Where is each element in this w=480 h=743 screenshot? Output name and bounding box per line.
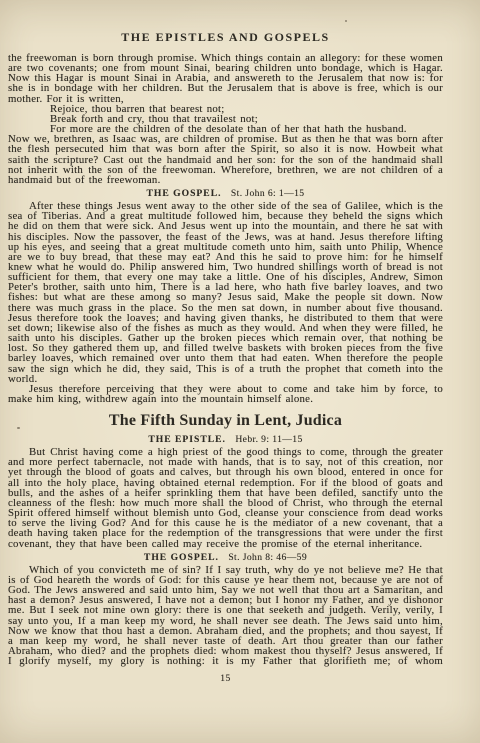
page-title: THE EPISTLES AND GOSPELS (8, 30, 443, 44)
gospel-paragraph: Jesus therefore perceiving that they wer… (8, 384, 443, 404)
gospel-heading-label: THE GOSPEL. (147, 188, 222, 199)
page-number: 15 (8, 674, 443, 684)
print-speck (345, 20, 347, 22)
book-page: THE EPISTLES AND GOSPELS the freewoman i… (0, 0, 480, 743)
scripture-quote-block: Rejoice, thou barren that bearest not; B… (8, 104, 443, 134)
epistle-paragraph: But Christ having come a high priest of … (8, 447, 443, 549)
epistle-heading-label: THE EPISTLE. (148, 434, 226, 445)
gospel-heading-reference: St. John 8: 46—59 (228, 552, 307, 563)
gospel-heading-label: THE GOSPEL. (144, 552, 219, 563)
gospel-paragraph: Which of you convicteth me of sin? If I … (8, 565, 443, 667)
gospel-heading-john8: THE GOSPEL. St. John 8: 46—59 (8, 553, 443, 563)
epistle-continuation-outro: Now we, brethren, as Isaac was, are chil… (8, 134, 443, 185)
sunday-title: The Fifth Sunday in Lent, Judica (8, 411, 443, 431)
epistle-heading-hebr9: THE EPISTLE. Hebr. 9: 11—15 (8, 435, 443, 445)
gospel-heading-john6: THE GOSPEL. St. John 6: 1—15 (8, 189, 443, 199)
gospel-paragraph: After these things Jesus went away to th… (8, 201, 443, 384)
gospel-heading-reference: St. John 6: 1—15 (231, 188, 305, 199)
print-speck (17, 427, 20, 429)
epistle-continuation-intro: the freewoman is born through promise. W… (8, 53, 443, 104)
epistle-heading-reference: Hebr. 9: 11—15 (235, 434, 302, 445)
